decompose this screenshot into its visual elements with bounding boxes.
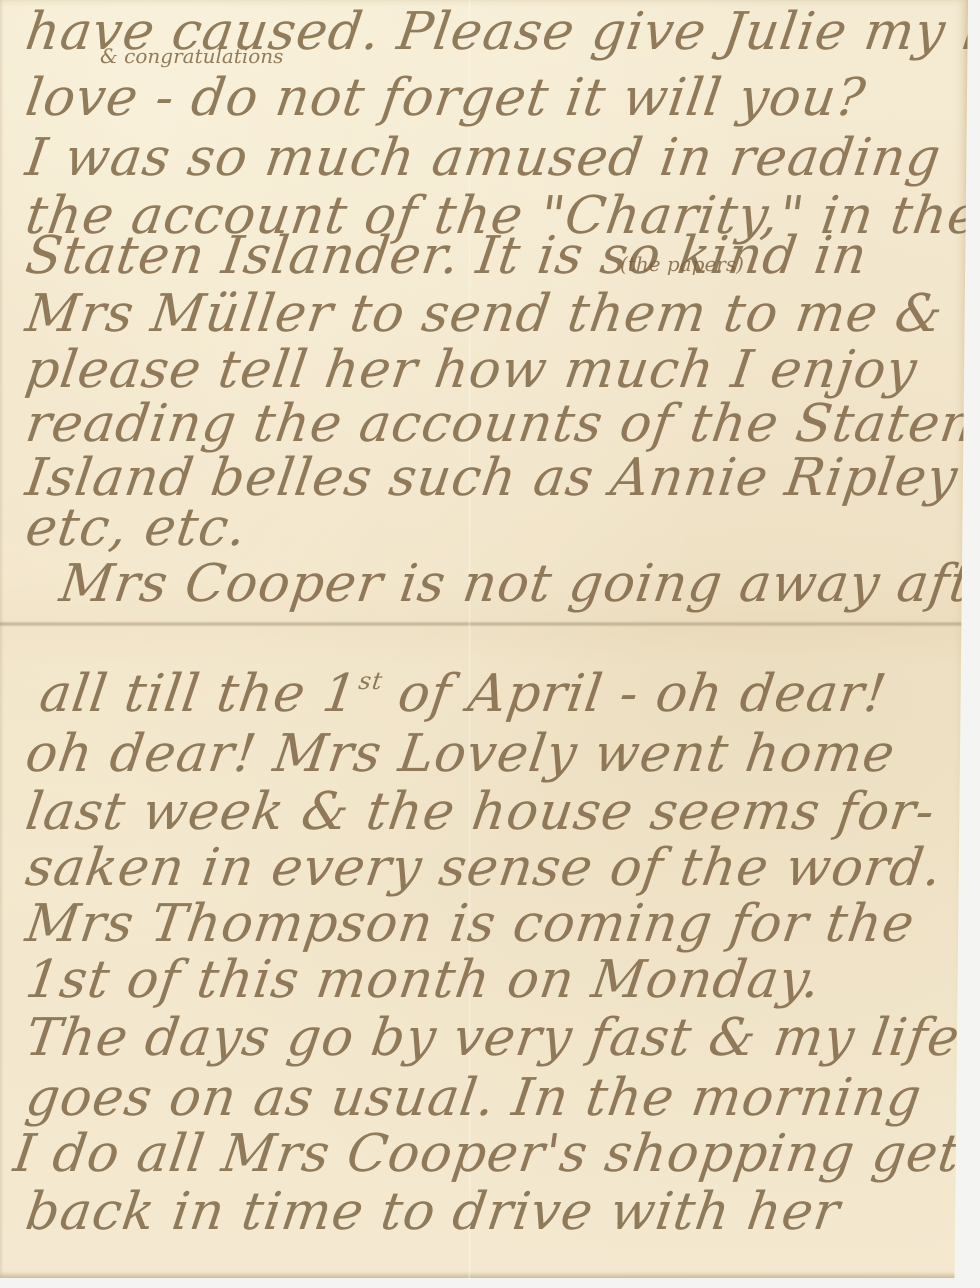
text-line-11: Mrs Cooper is not going away after-	[56, 554, 980, 614]
text-line-6: Mrs Müller to send them to me &	[22, 284, 947, 344]
text-line-5: Staten Islander. It is so kind in	[22, 226, 871, 286]
text-line-12: all till the 1st of April - oh dear!	[36, 664, 891, 724]
text-line-3: I was so much amused in reading	[22, 128, 945, 188]
text-line-10: etc, etc.	[22, 498, 251, 558]
text-line-18: The days go by very fast & my life	[22, 1008, 964, 1068]
text-line-8: reading the accounts of the Staten	[22, 394, 979, 454]
handwritten-text: & congratulations (the papers) have caus…	[0, 0, 968, 1278]
text-line-2: love - do not forget it will you?	[22, 68, 869, 128]
text-line-20: I do all Mrs Cooper's shopping getting	[10, 1124, 980, 1184]
text-line-14: last week & the house seems for-	[22, 782, 939, 842]
text-line-16: Mrs Thompson is coming for the	[22, 894, 918, 954]
text-line-1: have caused. Please give Julie my best	[22, 2, 980, 62]
text-line-7: please tell her how much I enjoy	[22, 340, 921, 400]
text-line-13: oh dear! Mrs Lovely went home	[22, 724, 899, 784]
text-line-19: goes on as usual. In the morning	[22, 1068, 926, 1128]
letter-page: & congratulations (the papers) have caus…	[0, 0, 968, 1278]
text-line-21: back in time to drive with her	[22, 1182, 844, 1242]
text-line-17: 1st of this month on Monday.	[22, 950, 825, 1010]
text-line-15: saken in every sense of the word.	[22, 838, 946, 898]
